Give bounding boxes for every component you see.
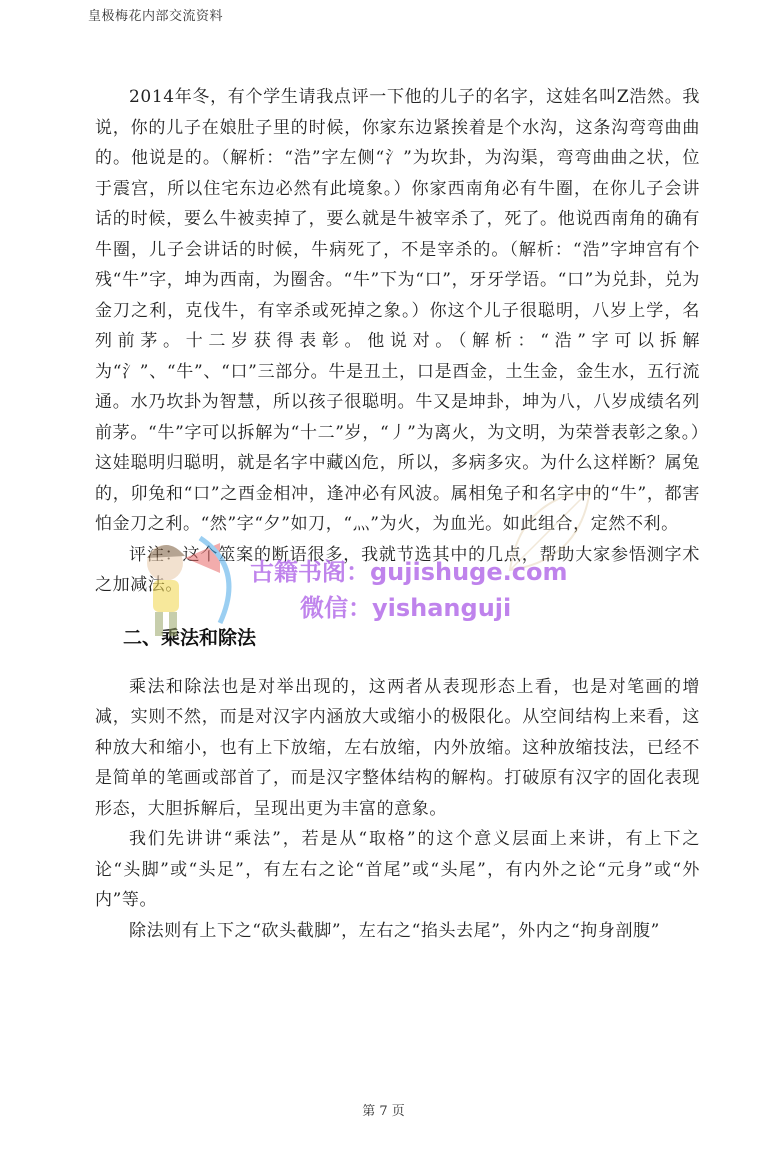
- paragraph-intro-multiply-divide: 乘法和除法也是对举出现的，这两者从表现形态上看，也是对笔画的增减，实则不然，而是…: [95, 672, 700, 825]
- mascot-watermark-icon: [125, 528, 245, 648]
- paragraph-case-study: 2014年冬，有个学生请我点评一下他的儿子的名字，这娃名叫Z浩然。我说，你的儿子…: [95, 82, 700, 540]
- document-body: 2014年冬，有个学生请我点评一下他的儿子的名字，这娃名叫Z浩然。我说，你的儿子…: [95, 82, 700, 946]
- paragraph-multiplication: 我们先讲讲“乘法”，若是从“取格”的这个意义层面上来讲，有上下之论“头脚”或“头…: [95, 824, 700, 916]
- document-header: 皇极梅花内部交流资料: [88, 5, 223, 24]
- page-number: 第 7 页: [0, 1100, 767, 1119]
- paragraph-division: 除法则有上下之“砍头截脚”，左右之“掐头去尾”，外内之“拘身剖腹”: [95, 916, 700, 947]
- leaf-watermark-icon: [500, 480, 600, 580]
